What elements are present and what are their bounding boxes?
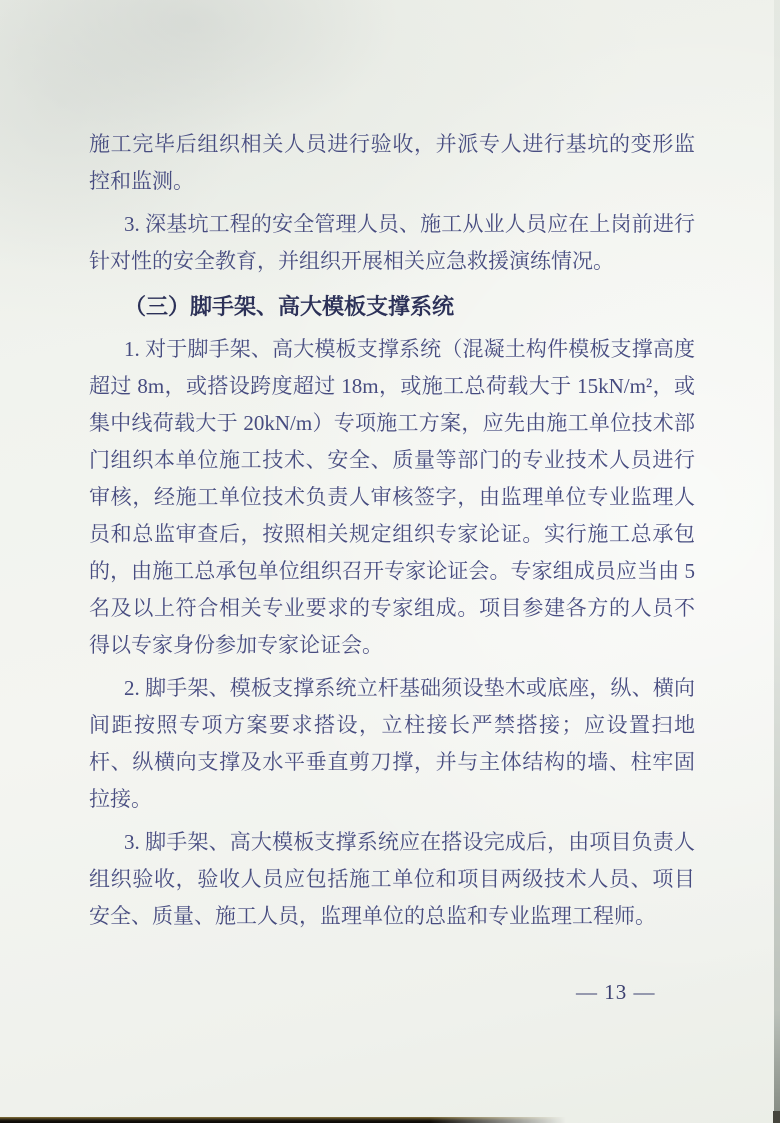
document-body: 施工完毕后组织相关人员进行验收，并派专人进行基坑的变形监控和监测。 3. 深基坑… bbox=[89, 126, 695, 935]
paragraph-deep-pit-safety-training: 3. 深基坑工程的安全管理人员、施工从业人员应在上岗前进行针对性的安全教育，并组… bbox=[89, 206, 695, 280]
paragraph-foundation-pit-inspection: 施工完毕后组织相关人员进行验收，并派专人进行基坑的变形监控和监测。 bbox=[89, 126, 695, 200]
paragraph-special-construction-plan: 1. 对于脚手架、高大模板支撑系统（混凝土构件模板支撑高度超过 8m，或搭设跨度… bbox=[89, 331, 695, 664]
section-heading-scaffold-formwork: （三）脚手架、高大模板支撑系统 bbox=[89, 288, 695, 325]
paragraph-acceptance-after-erection: 3. 脚手架、高大模板支撑系统应在搭设完成后，由项目负责人组织验收，验收人员应包… bbox=[89, 824, 695, 935]
scan-artifact-corner-mark bbox=[773, 1111, 780, 1123]
scanned-document-page: 施工完毕后组织相关人员进行验收，并派专人进行基坑的变形监控和监测。 3. 深基坑… bbox=[0, 0, 780, 1123]
page-number: — 13 — bbox=[576, 980, 656, 1005]
paragraph-pole-foundation-requirements: 2. 脚手架、模板支撑系统立杆基础须设垫木或底座，纵、横向间距按照专项方案要求搭… bbox=[89, 670, 695, 818]
scan-artifact-bottom-edge bbox=[0, 1117, 566, 1123]
scan-artifact-right-edge bbox=[774, 0, 780, 1123]
